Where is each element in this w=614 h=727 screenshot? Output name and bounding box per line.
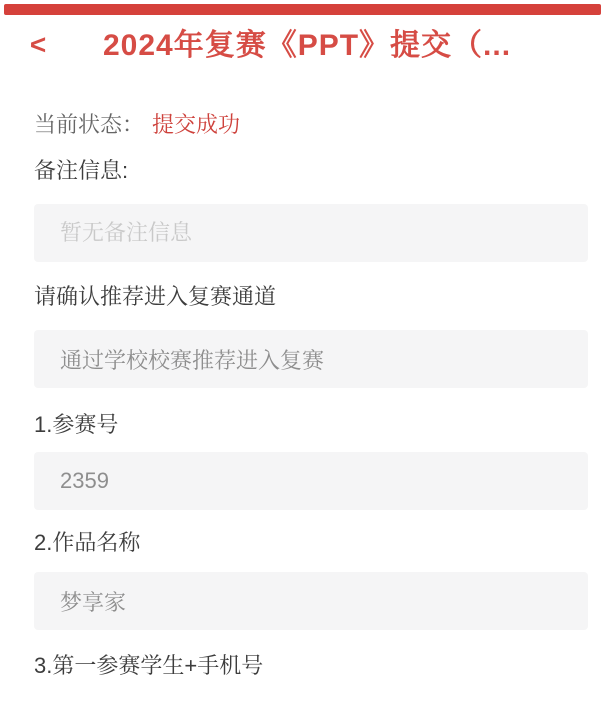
remark-input[interactable] (34, 204, 588, 262)
status-row: 当前状态：提交成功 (34, 112, 588, 138)
entry-number-input[interactable] (34, 452, 588, 510)
entry-number-label: 1.参赛号 (34, 412, 588, 438)
top-accent-bar (4, 4, 601, 15)
work-name-input[interactable] (34, 572, 588, 630)
status-label: 当前状态： (34, 112, 144, 137)
status-value: 提交成功 (152, 112, 240, 137)
first-student-label: 3.第一参赛学生+手机号 (34, 653, 588, 679)
submission-status-page: < 2024年复赛《PPT》提交（... 当前状态：提交成功 备注信息: 请确认… (0, 4, 614, 727)
header: < 2024年复赛《PPT》提交（... (0, 28, 614, 64)
back-icon[interactable]: < (20, 28, 56, 64)
channel-input[interactable] (34, 330, 588, 388)
form-content: 当前状态：提交成功 备注信息: 请确认推荐进入复赛通道 1.参赛号 2.作品名称… (0, 112, 614, 679)
page-title: 2024年复赛《PPT》提交（... (0, 28, 614, 64)
channel-label: 请确认推荐进入复赛通道 (34, 284, 588, 310)
work-name-label: 2.作品名称 (34, 530, 588, 556)
remark-label: 备注信息: (34, 158, 588, 184)
